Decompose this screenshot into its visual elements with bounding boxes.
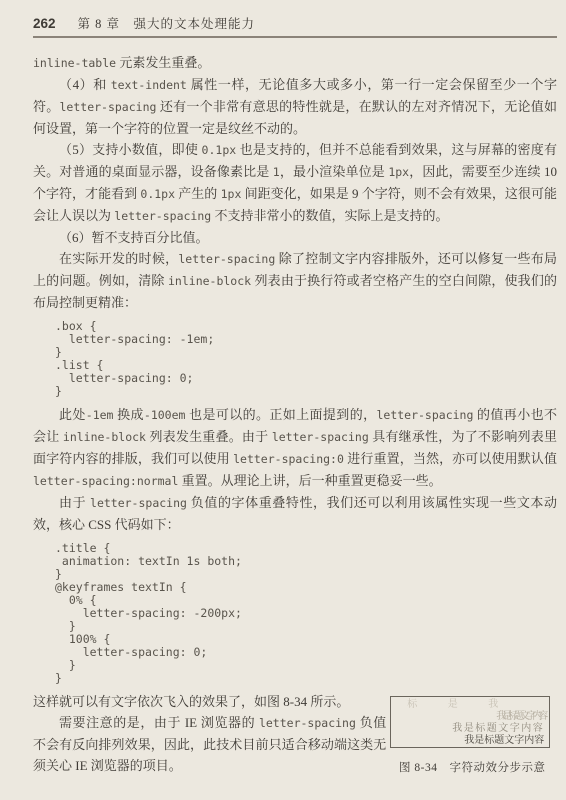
inline-code: inline-block <box>168 274 251 288</box>
text-run: 这样就可以有文字依次飞入的效果了，如图 8-34 所示。 <box>33 694 349 709</box>
inline-code: inline-table <box>33 56 116 70</box>
body-paragraph: 这样就可以有文字依次飞入的效果了，如图 8-34 所示。 <box>33 691 386 712</box>
inline-code: letter-spacing:0 <box>233 452 344 466</box>
text-run: 列表发生重叠。由于 <box>146 429 272 444</box>
text-run: ，最小渲染单位是 <box>280 164 389 179</box>
text-run: 需要注意的是，由于 IE 浏览器的 <box>59 715 259 730</box>
text-run: 由于 <box>59 495 90 510</box>
body-paragraph: （4）和 text-indent 属性一样，无论值多大或多小，第一行一定会保留至… <box>33 74 557 139</box>
book-page: 262 第 8 章 强大的文本处理能力 inline-table 元素发生重叠。… <box>0 0 566 800</box>
body-paragraph: （5）支持小数值，即使 0.1px 也是支持的，但并不总能看到效果，这与屏幕的密… <box>33 139 557 227</box>
inline-code: 0.1px <box>202 143 237 157</box>
body-paragraph: 此处-1em 换成-100em 也是可以的。正如上面提到的，letter-spa… <box>33 404 557 492</box>
page-content: inline-table 元素发生重叠。 （4）和 text-indent 属性… <box>33 52 557 779</box>
text-run: 进行重置，当然，亦可以使用默认值 <box>344 451 557 466</box>
figure-8-34: 标 是 我 我是标题文字内容 我是标题文字内容 我是标题文字内容 <box>390 696 550 748</box>
text-run: 不支持非常小的数值，实际上是支持的。 <box>211 208 448 223</box>
figure-frame-3: 我是标题文字内容 <box>393 723 544 735</box>
inline-code: letter-spacing <box>178 252 275 266</box>
text-run: 产生的 <box>175 186 221 201</box>
text-run: 在实际开发的时候， <box>59 251 178 266</box>
bottom-text-column: 这样就可以有文字依次飞入的效果了，如图 8-34 所示。 需要注意的是，由于 I… <box>33 691 386 779</box>
inline-code: letter-spacing <box>376 408 473 422</box>
code-block-letter-spacing-reset: .box { letter-spacing: -1em; } .list { l… <box>55 320 557 398</box>
code-block-textin-keyframes: .title { animation: textIn 1s both; } @k… <box>55 542 557 685</box>
inline-code: 1px <box>388 165 409 179</box>
inline-code: letter-spacing <box>272 430 369 444</box>
body-paragraph: inline-table 元素发生重叠。 <box>33 52 557 74</box>
inline-code: letter-spacing <box>259 716 356 730</box>
text-run: 换成 <box>113 407 143 422</box>
text-run: （6）暂不支持百分比值。 <box>59 230 209 245</box>
body-paragraph: 需要注意的是，由于 IE 浏览器的 letter-spacing 负值不会有反向… <box>33 712 386 776</box>
body-paragraph: （6）暂不支持百分比值。 <box>33 227 557 248</box>
inline-code: text-indent <box>111 78 187 92</box>
figure-caption: 图 8-34 字符动效分步示意 <box>390 758 554 779</box>
header-rule <box>33 36 557 38</box>
inline-code: letter-spacing <box>90 496 187 510</box>
inline-code: inline-block <box>63 430 146 444</box>
inline-code: letter-spacing:normal <box>33 474 178 488</box>
figure-frame-4: 我是标题文字内容 <box>393 735 544 747</box>
inline-code: -1em <box>86 408 114 422</box>
inline-code: -100em <box>144 408 186 422</box>
bottom-section: 这样就可以有文字依次飞入的效果了，如图 8-34 所示。 需要注意的是，由于 I… <box>33 691 557 779</box>
text-run: 此处 <box>59 407 86 422</box>
inline-code: letter-spacing <box>60 100 157 114</box>
inline-code: 1 <box>273 165 280 179</box>
text-run: 重置。从理论上讲，后一种重置更稳妥一些。 <box>178 473 441 488</box>
text-run: （5）支持小数值，即使 <box>59 142 202 157</box>
inline-code: 0.1px <box>140 187 175 201</box>
text-run: （4）和 <box>59 77 111 92</box>
inline-code: 1px <box>221 187 242 201</box>
figure-frame-1: 标 是 我 <box>393 699 544 711</box>
figure-column: 标 是 我 我是标题文字内容 我是标题文字内容 我是标题文字内容 图 8-34 … <box>390 691 557 779</box>
body-paragraph: 由于 letter-spacing 负值的字体重叠特性，我们还可以利用该属性实现… <box>33 492 557 535</box>
figure-frame-2: 我是标题文字内容 <box>393 711 544 723</box>
page-header: 262 第 8 章 强大的文本处理能力 <box>33 14 557 32</box>
body-paragraph: 在实际开发的时候，letter-spacing 除了控制文字内容排版外，还可以修… <box>33 248 557 313</box>
text-run: 元素发生重叠。 <box>116 55 210 70</box>
inline-code: letter-spacing <box>114 209 211 223</box>
page-number: 262 <box>33 16 56 31</box>
chapter-title: 第 8 章 强大的文本处理能力 <box>78 14 256 32</box>
text-run: 也是可以的。正如上面提到的， <box>185 407 376 422</box>
